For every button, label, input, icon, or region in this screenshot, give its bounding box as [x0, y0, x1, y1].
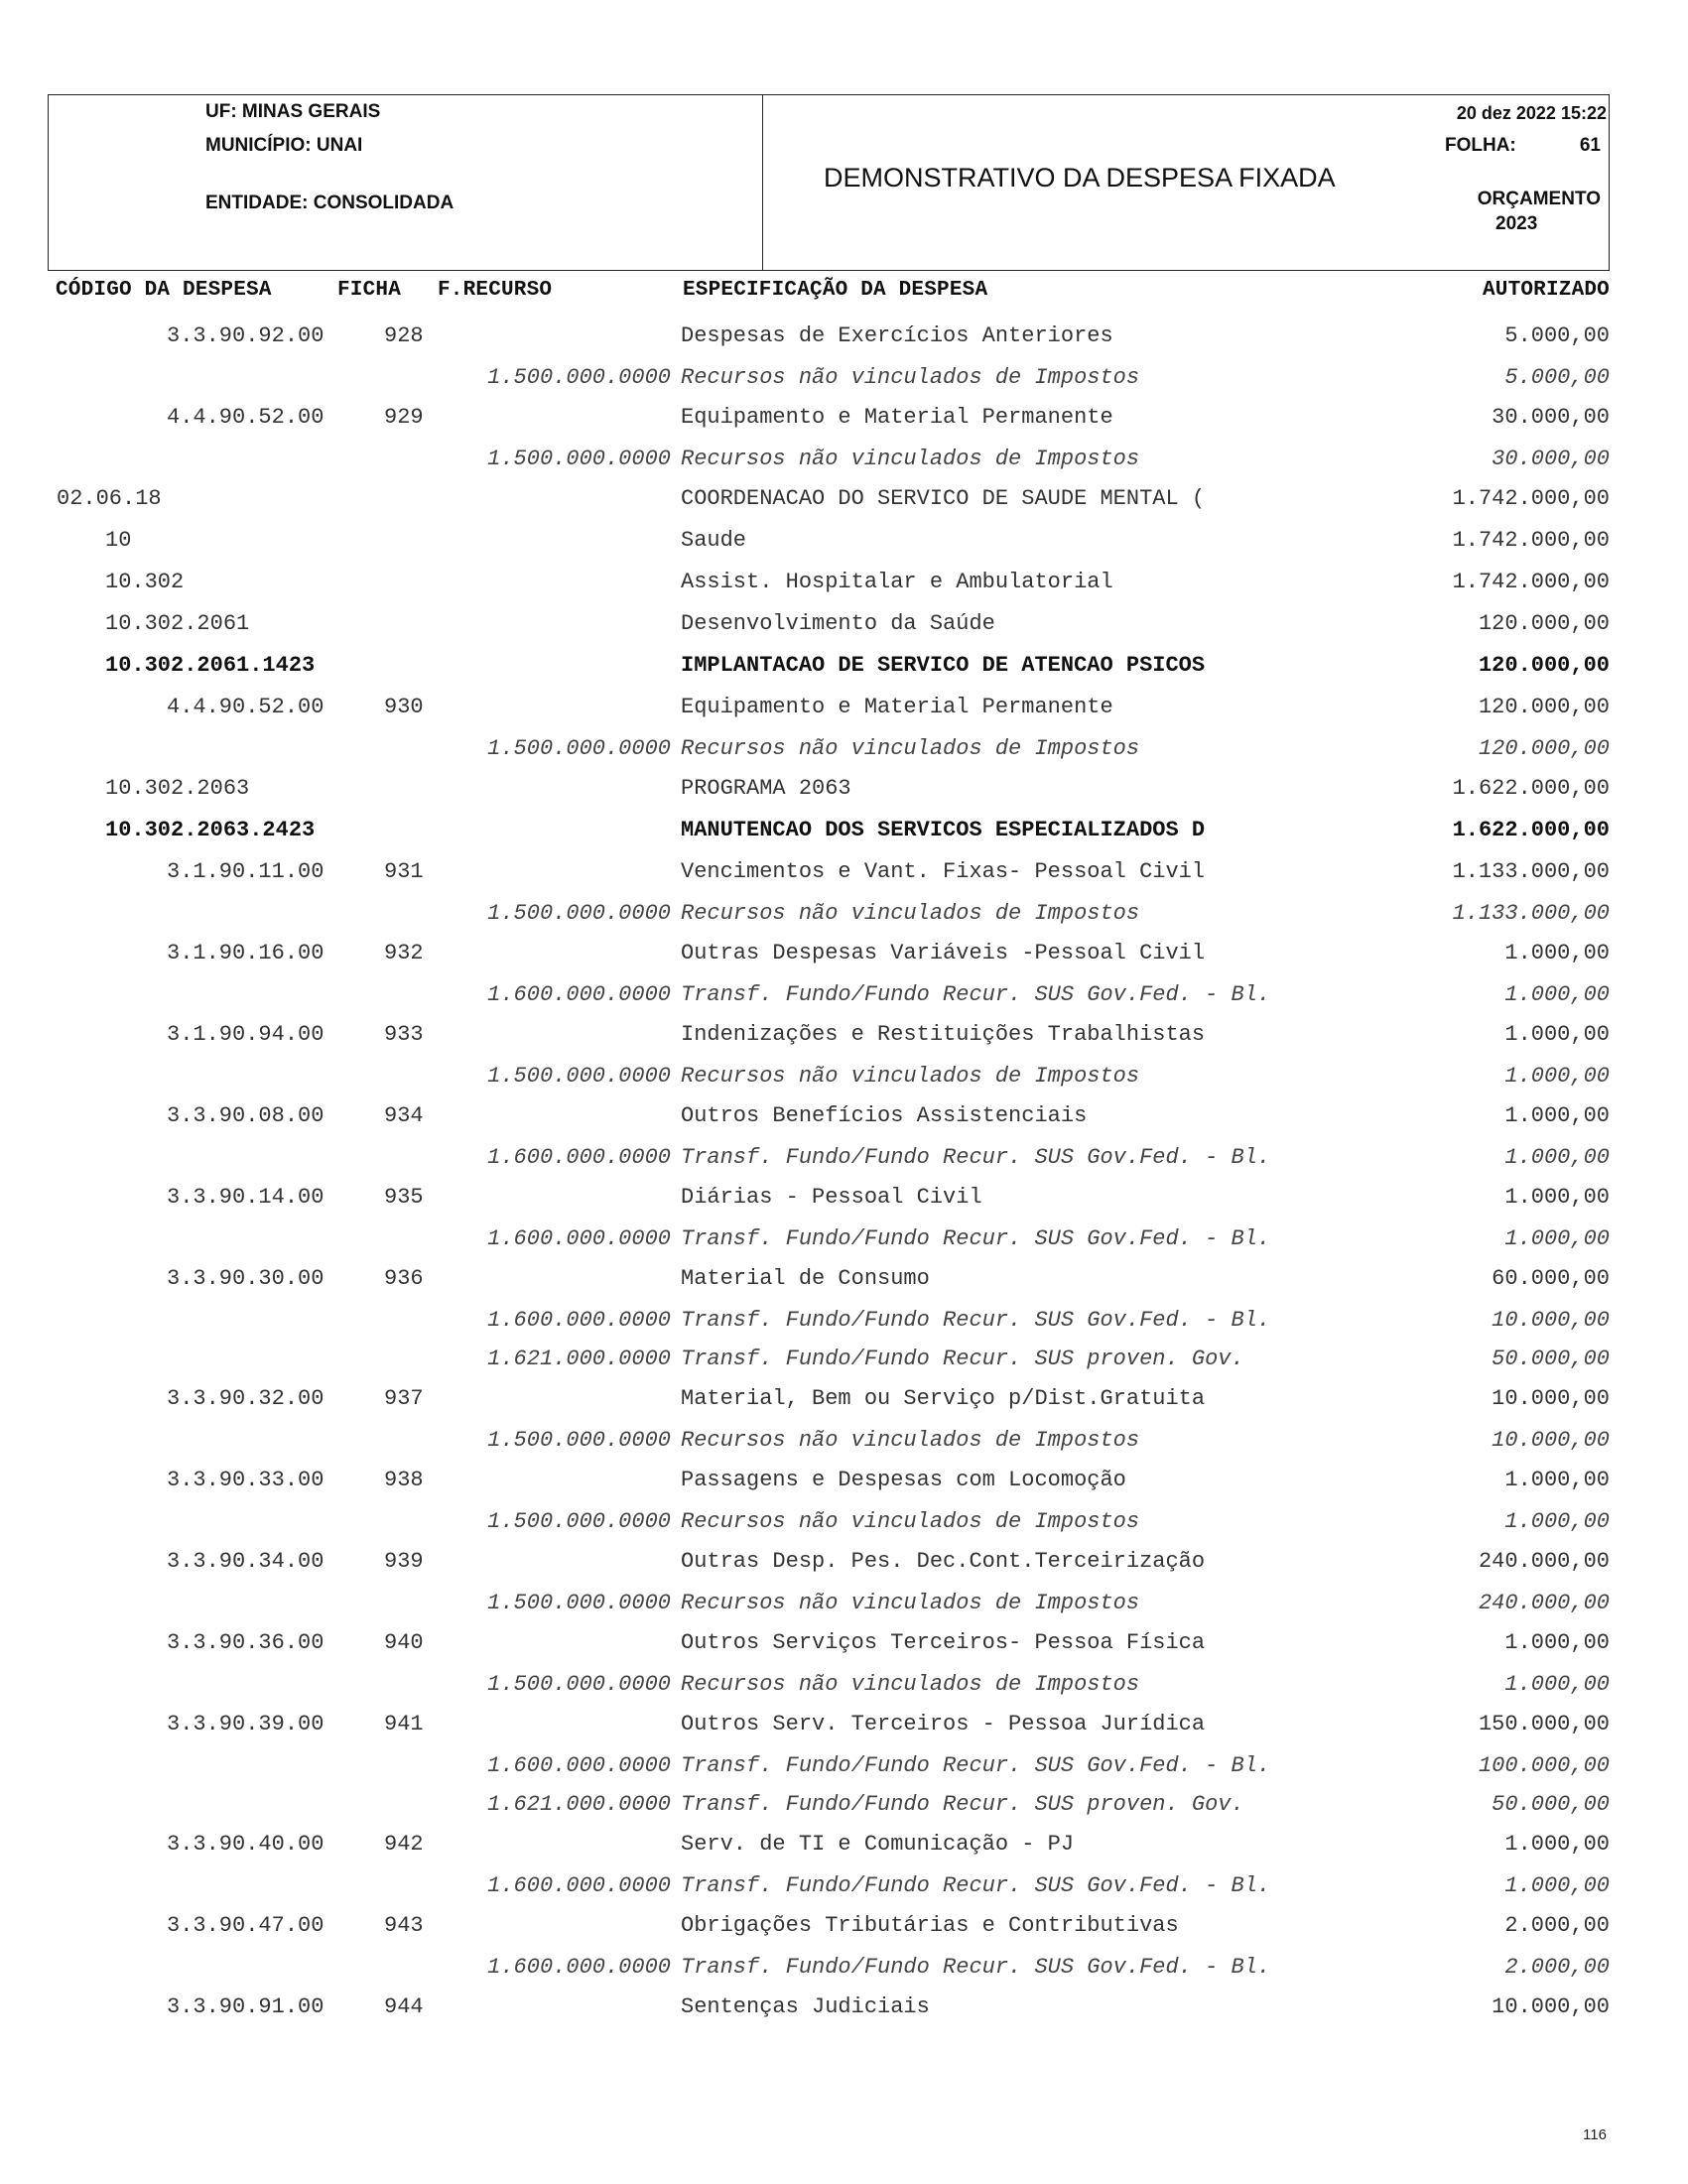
authorized-value: 1.000,00	[1504, 1226, 1610, 1251]
uf-label: UF: MINAS GERAIS	[205, 101, 380, 123]
expense-description: Transf. Fundo/Fundo Recur. SUS Gov.Fed. …	[681, 1226, 1270, 1251]
report-title: DEMONSTRATIVO DA DESPESA FIXADA	[824, 163, 1336, 193]
expense-description: Outros Serviços Terceiros- Pessoa Física	[681, 1630, 1205, 1655]
authorized-value: 1.622.000,00	[1453, 776, 1610, 801]
expense-code: 3.1.90.94.00	[167, 1022, 324, 1047]
expense-description: Transf. Fundo/Fundo Recur. SUS Gov.Fed. …	[681, 1753, 1270, 1778]
ficha-number: 931	[384, 859, 424, 884]
resource-row: 1.500.000.0000Recursos não vinculados de…	[0, 1672, 1688, 1704]
expense-code: 02.06.18	[57, 486, 162, 511]
expense-code: 3.3.90.34.00	[167, 1549, 324, 1574]
authorized-value: 1.133.000,00	[1453, 901, 1610, 926]
folha-value: 61	[1580, 135, 1601, 157]
authorized-value: 10.000,00	[1492, 1386, 1610, 1411]
expense-row: 10.302.2061Desenvolvimento da Saúde120.0…	[0, 611, 1688, 643]
expense-code: 10.302.2063.2423	[105, 818, 315, 842]
resource-code: 1.600.000.0000	[487, 1873, 671, 1898]
resource-row: 1.600.000.0000Transf. Fundo/Fundo Recur.…	[0, 1145, 1688, 1177]
expense-description: Transf. Fundo/Fundo Recur. SUS Gov.Fed. …	[681, 982, 1270, 1007]
ficha-number: 940	[384, 1630, 424, 1655]
authorized-value: 10.000,00	[1492, 1994, 1610, 2019]
resource-row: 1.621.000.0000Transf. Fundo/Fundo Recur.…	[0, 1347, 1688, 1378]
authorized-value: 50.000,00	[1492, 1347, 1610, 1371]
expense-row: 3.3.90.32.00937Material, Bem ou Serviço …	[0, 1386, 1688, 1418]
expense-code: 3.3.90.92.00	[167, 323, 324, 348]
expense-description: Transf. Fundo/Fundo Recur. SUS proven. G…	[681, 1347, 1244, 1371]
ficha-number: 930	[384, 695, 424, 719]
resource-row: 1.500.000.0000Recursos não vinculados de…	[0, 1509, 1688, 1541]
expense-description: Indenizações e Restituições Trabalhistas	[681, 1022, 1205, 1047]
expense-description: Recursos não vinculados de Impostos	[681, 1509, 1139, 1534]
expense-description: COORDENACAO DO SERVICO DE SAUDE MENTAL (	[681, 486, 1205, 511]
expense-description: Recursos não vinculados de Impostos	[681, 1672, 1139, 1697]
expense-description: Outros Serv. Terceiros - Pessoa Jurídica	[681, 1712, 1205, 1736]
resource-code: 1.600.000.0000	[487, 1753, 671, 1778]
col-header-autorizado: AUTORIZADO	[1483, 279, 1610, 302]
ficha-number: 937	[384, 1386, 424, 1411]
authorized-value: 120.000,00	[1479, 611, 1610, 636]
resource-code: 1.600.000.0000	[487, 1955, 671, 1980]
expense-description: Obrigações Tributárias e Contributivas	[681, 1913, 1179, 1938]
authorized-value: 1.000,00	[1504, 1509, 1610, 1534]
resource-row: 1.600.000.0000Transf. Fundo/Fundo Recur.…	[0, 1873, 1688, 1905]
expense-row: 4.4.90.52.00930Equipamento e Material Pe…	[0, 695, 1688, 726]
ficha-number: 939	[384, 1549, 424, 1574]
expense-description: Transf. Fundo/Fundo Recur. SUS Gov.Fed. …	[681, 1955, 1270, 1980]
municipio-label: MUNICÍPIO: UNAI	[205, 135, 362, 157]
resource-row: 1.500.000.0000Recursos não vinculados de…	[0, 1064, 1688, 1095]
expense-description: Assist. Hospitalar e Ambulatorial	[681, 570, 1113, 594]
expense-row: 3.3.90.30.00936Material de Consumo60.000…	[0, 1266, 1688, 1298]
expense-code: 3.3.90.36.00	[167, 1630, 324, 1655]
expense-description: MANUTENCAO DOS SERVICOS ESPECIALIZADOS D	[681, 818, 1205, 842]
resource-row: 1.600.000.0000Transf. Fundo/Fundo Recur.…	[0, 1753, 1688, 1785]
authorized-value: 1.000,00	[1504, 1832, 1610, 1857]
resource-row: 1.500.000.0000Recursos não vinculados de…	[0, 901, 1688, 933]
authorized-value: 1.133.000,00	[1453, 859, 1610, 884]
authorized-value: 30.000,00	[1492, 405, 1610, 430]
expense-description: Sentenças Judiciais	[681, 1994, 930, 2019]
expense-description: PROGRAMA 2063	[681, 776, 851, 801]
authorized-value: 10.000,00	[1492, 1428, 1610, 1453]
expense-row: 3.3.90.91.00944Sentenças Judiciais10.000…	[0, 1994, 1688, 2026]
expense-row: 10.302.2063PROGRAMA 20631.622.000,00	[0, 776, 1688, 808]
authorized-value: 5.000,00	[1504, 365, 1610, 390]
expense-row: 3.3.90.34.00939Outras Desp. Pes. Dec.Con…	[0, 1549, 1688, 1581]
authorized-value: 100.000,00	[1479, 1753, 1610, 1778]
expense-code: 3.3.90.08.00	[167, 1103, 324, 1128]
authorized-value: 10.000,00	[1492, 1308, 1610, 1333]
resource-code: 1.500.000.0000	[487, 1509, 671, 1534]
authorized-value: 1.000,00	[1504, 941, 1610, 965]
expense-code: 10.302	[105, 570, 184, 594]
col-header-ficha: FICHA	[337, 279, 401, 302]
expense-description: Diárias - Pessoal Civil	[681, 1185, 982, 1210]
resource-row: 1.600.000.0000Transf. Fundo/Fundo Recur.…	[0, 982, 1688, 1014]
col-header-recurso: F.RECURSO	[438, 279, 552, 302]
authorized-value: 1.742.000,00	[1453, 528, 1610, 553]
expense-description: Recursos não vinculados de Impostos	[681, 1064, 1139, 1089]
expense-code: 3.3.90.40.00	[167, 1832, 324, 1857]
expense-description: Recursos não vinculados de Impostos	[681, 1428, 1139, 1453]
expense-description: Vencimentos e Vant. Fixas- Pessoal Civil	[681, 859, 1205, 884]
expense-code: 3.3.90.39.00	[167, 1712, 324, 1736]
expense-code: 4.4.90.52.00	[167, 405, 324, 430]
resource-row: 1.600.000.0000Transf. Fundo/Fundo Recur.…	[0, 1955, 1688, 1987]
header-divider	[762, 94, 763, 271]
authorized-value: 2.000,00	[1504, 1955, 1610, 1980]
resource-row: 1.600.000.0000Transf. Fundo/Fundo Recur.…	[0, 1308, 1688, 1340]
resource-code: 1.500.000.0000	[487, 1064, 671, 1089]
expense-code: 3.3.90.14.00	[167, 1185, 324, 1210]
expense-code: 3.3.90.30.00	[167, 1266, 324, 1291]
expense-row: 10.302Assist. Hospitalar e Ambulatorial1…	[0, 570, 1688, 601]
expense-description: Recursos não vinculados de Impostos	[681, 736, 1139, 761]
expense-row: 3.1.90.11.00931Vencimentos e Vant. Fixas…	[0, 859, 1688, 891]
authorized-value: 1.000,00	[1504, 1064, 1610, 1089]
expense-description: Transf. Fundo/Fundo Recur. SUS Gov.Fed. …	[681, 1145, 1270, 1170]
expense-code: 4.4.90.52.00	[167, 695, 324, 719]
ficha-number: 929	[384, 405, 424, 430]
expense-row: 3.3.90.08.00934Outros Benefícios Assiste…	[0, 1103, 1688, 1135]
report-datetime: 20 dez 2022 15:22	[1457, 103, 1607, 124]
authorized-value: 120.000,00	[1479, 695, 1610, 719]
expense-description: Transf. Fundo/Fundo Recur. SUS proven. G…	[681, 1792, 1244, 1817]
expense-row: 3.3.90.14.00935Diárias - Pessoal Civil1.…	[0, 1185, 1688, 1217]
expense-code: 3.3.90.33.00	[167, 1468, 324, 1492]
ficha-number: 938	[384, 1468, 424, 1492]
resource-code: 1.500.000.0000	[487, 365, 671, 390]
ficha-number: 934	[384, 1103, 424, 1128]
expense-row: 3.3.90.39.00941Outros Serv. Terceiros - …	[0, 1712, 1688, 1743]
expense-description: Recursos não vinculados de Impostos	[681, 365, 1139, 390]
orcamento-label: ORÇAMENTO	[1478, 189, 1601, 210]
authorized-value: 1.622.000,00	[1453, 818, 1610, 842]
resource-code: 1.500.000.0000	[487, 1428, 671, 1453]
ficha-number: 941	[384, 1712, 424, 1736]
entidade-label: ENTIDADE: CONSOLIDADA	[205, 193, 454, 214]
authorized-value: 1.000,00	[1504, 1185, 1610, 1210]
authorized-value: 1.000,00	[1504, 1468, 1610, 1492]
expense-row: 02.06.18COORDENACAO DO SERVICO DE SAUDE …	[0, 486, 1688, 518]
resource-code: 1.500.000.0000	[487, 901, 671, 926]
expense-description: Recursos não vinculados de Impostos	[681, 901, 1139, 926]
authorized-value: 240.000,00	[1479, 1549, 1610, 1574]
resource-code: 1.600.000.0000	[487, 1226, 671, 1251]
expense-description: Equipamento e Material Permanente	[681, 695, 1113, 719]
resource-row: 1.500.000.0000Recursos não vinculados de…	[0, 1591, 1688, 1622]
resource-code: 1.500.000.0000	[487, 447, 671, 471]
expense-description: Material de Consumo	[681, 1266, 930, 1291]
ficha-number: 933	[384, 1022, 424, 1047]
expense-description: Equipamento e Material Permanente	[681, 405, 1113, 430]
authorized-value: 1.000,00	[1504, 1672, 1610, 1697]
col-header-especificacao: ESPECIFICAÇÃO DA DESPESA	[683, 279, 987, 302]
authorized-value: 1.000,00	[1504, 1145, 1610, 1170]
authorized-value: 1.000,00	[1504, 1022, 1610, 1047]
resource-row: 1.621.000.0000Transf. Fundo/Fundo Recur.…	[0, 1792, 1688, 1824]
col-header-codigo: CÓDIGO DA DESPESA	[56, 279, 272, 302]
orcamento-year: 2023	[1495, 213, 1537, 235]
expense-code: 10.302.2061.1423	[105, 653, 315, 678]
expense-description: Transf. Fundo/Fundo Recur. SUS Gov.Fed. …	[681, 1308, 1270, 1333]
expense-description: Recursos não vinculados de Impostos	[681, 1591, 1139, 1615]
expense-row: 3.3.90.47.00943Obrigações Tributárias e …	[0, 1913, 1688, 1945]
authorized-value: 120.000,00	[1479, 736, 1610, 761]
expense-code: 3.3.90.91.00	[167, 1994, 324, 2019]
expense-description: Passagens e Despesas com Locomoção	[681, 1468, 1126, 1492]
authorized-value: 150.000,00	[1479, 1712, 1610, 1736]
expense-description: Saude	[681, 528, 746, 553]
authorized-value: 1.000,00	[1504, 1873, 1610, 1898]
resource-code: 1.500.000.0000	[487, 1591, 671, 1615]
resource-code: 1.600.000.0000	[487, 1308, 671, 1333]
expense-row: 3.1.90.16.00932Outras Despesas Variáveis…	[0, 941, 1688, 972]
expense-row: 3.1.90.94.00933Indenizações e Restituiçõ…	[0, 1022, 1688, 1054]
expense-code: 3.3.90.47.00	[167, 1913, 324, 1938]
expense-code: 10.302.2063	[105, 776, 249, 801]
resource-code: 1.500.000.0000	[487, 736, 671, 761]
resource-code: 1.500.000.0000	[487, 1672, 671, 1697]
expense-description: Material, Bem ou Serviço p/Dist.Gratuita	[681, 1386, 1205, 1411]
expense-description: Despesas de Exercícios Anteriores	[681, 323, 1113, 348]
ficha-number: 935	[384, 1185, 424, 1210]
ficha-number: 943	[384, 1913, 424, 1938]
ficha-number: 936	[384, 1266, 424, 1291]
authorized-value: 30.000,00	[1492, 447, 1610, 471]
authorized-value: 2.000,00	[1504, 1913, 1610, 1938]
expense-row: 10.302.2063.2423MANUTENCAO DOS SERVICOS …	[0, 818, 1688, 849]
authorized-value: 5.000,00	[1504, 323, 1610, 348]
expense-row: 10Saude1.742.000,00	[0, 528, 1688, 560]
expense-code: 10.302.2061	[105, 611, 249, 636]
page-number: 116	[1583, 2126, 1607, 2143]
resource-code: 1.621.000.0000	[487, 1347, 671, 1371]
authorized-value: 240.000,00	[1479, 1591, 1610, 1615]
authorized-value: 1.000,00	[1504, 1103, 1610, 1128]
ficha-number: 928	[384, 323, 424, 348]
authorized-value: 60.000,00	[1492, 1266, 1610, 1291]
resource-code: 1.600.000.0000	[487, 982, 671, 1007]
expense-row: 3.3.90.33.00938Passagens e Despesas com …	[0, 1468, 1688, 1499]
resource-row: 1.500.000.0000Recursos não vinculados de…	[0, 736, 1688, 768]
resource-row: 1.500.000.0000Recursos não vinculados de…	[0, 447, 1688, 478]
expense-description: Serv. de TI e Comunicação - PJ	[681, 1832, 1074, 1857]
authorized-value: 120.000,00	[1479, 653, 1610, 678]
expense-description: Outras Despesas Variáveis -Pessoal Civil	[681, 941, 1205, 965]
folha-label: FOLHA:	[1445, 135, 1516, 157]
expense-description: Outras Desp. Pes. Dec.Cont.Terceirização	[681, 1549, 1205, 1574]
expense-code: 3.1.90.16.00	[167, 941, 324, 965]
expense-row: 3.3.90.36.00940Outros Serviços Terceiros…	[0, 1630, 1688, 1662]
authorized-value: 50.000,00	[1492, 1792, 1610, 1817]
expense-row: 10.302.2061.1423IMPLANTACAO DE SERVICO D…	[0, 653, 1688, 685]
expense-code: 3.3.90.32.00	[167, 1386, 324, 1411]
expense-code: 10	[105, 528, 131, 553]
expense-description: Transf. Fundo/Fundo Recur. SUS Gov.Fed. …	[681, 1873, 1270, 1898]
expense-description: IMPLANTACAO DE SERVICO DE ATENCAO PSICOS	[681, 653, 1205, 678]
authorized-value: 1.742.000,00	[1453, 570, 1610, 594]
ficha-number: 944	[384, 1994, 424, 2019]
expense-description: Desenvolvimento da Saúde	[681, 611, 995, 636]
expense-description: Recursos não vinculados de Impostos	[681, 447, 1139, 471]
ficha-number: 942	[384, 1832, 424, 1857]
resource-row: 1.500.000.0000Recursos não vinculados de…	[0, 1428, 1688, 1460]
expense-row: 3.3.90.40.00942Serv. de TI e Comunicação…	[0, 1832, 1688, 1863]
expense-code: 3.1.90.11.00	[167, 859, 324, 884]
resource-code: 1.600.000.0000	[487, 1145, 671, 1170]
expense-row: 4.4.90.52.00929Equipamento e Material Pe…	[0, 405, 1688, 437]
expense-row: 3.3.90.92.00928Despesas de Exercícios An…	[0, 323, 1688, 355]
authorized-value: 1.000,00	[1504, 1630, 1610, 1655]
resource-row: 1.500.000.0000Recursos não vinculados de…	[0, 365, 1688, 397]
expense-description: Outros Benefícios Assistenciais	[681, 1103, 1087, 1128]
authorized-value: 1.000,00	[1504, 982, 1610, 1007]
resource-code: 1.621.000.0000	[487, 1792, 671, 1817]
ficha-number: 932	[384, 941, 424, 965]
resource-row: 1.600.000.0000Transf. Fundo/Fundo Recur.…	[0, 1226, 1688, 1258]
authorized-value: 1.742.000,00	[1453, 486, 1610, 511]
